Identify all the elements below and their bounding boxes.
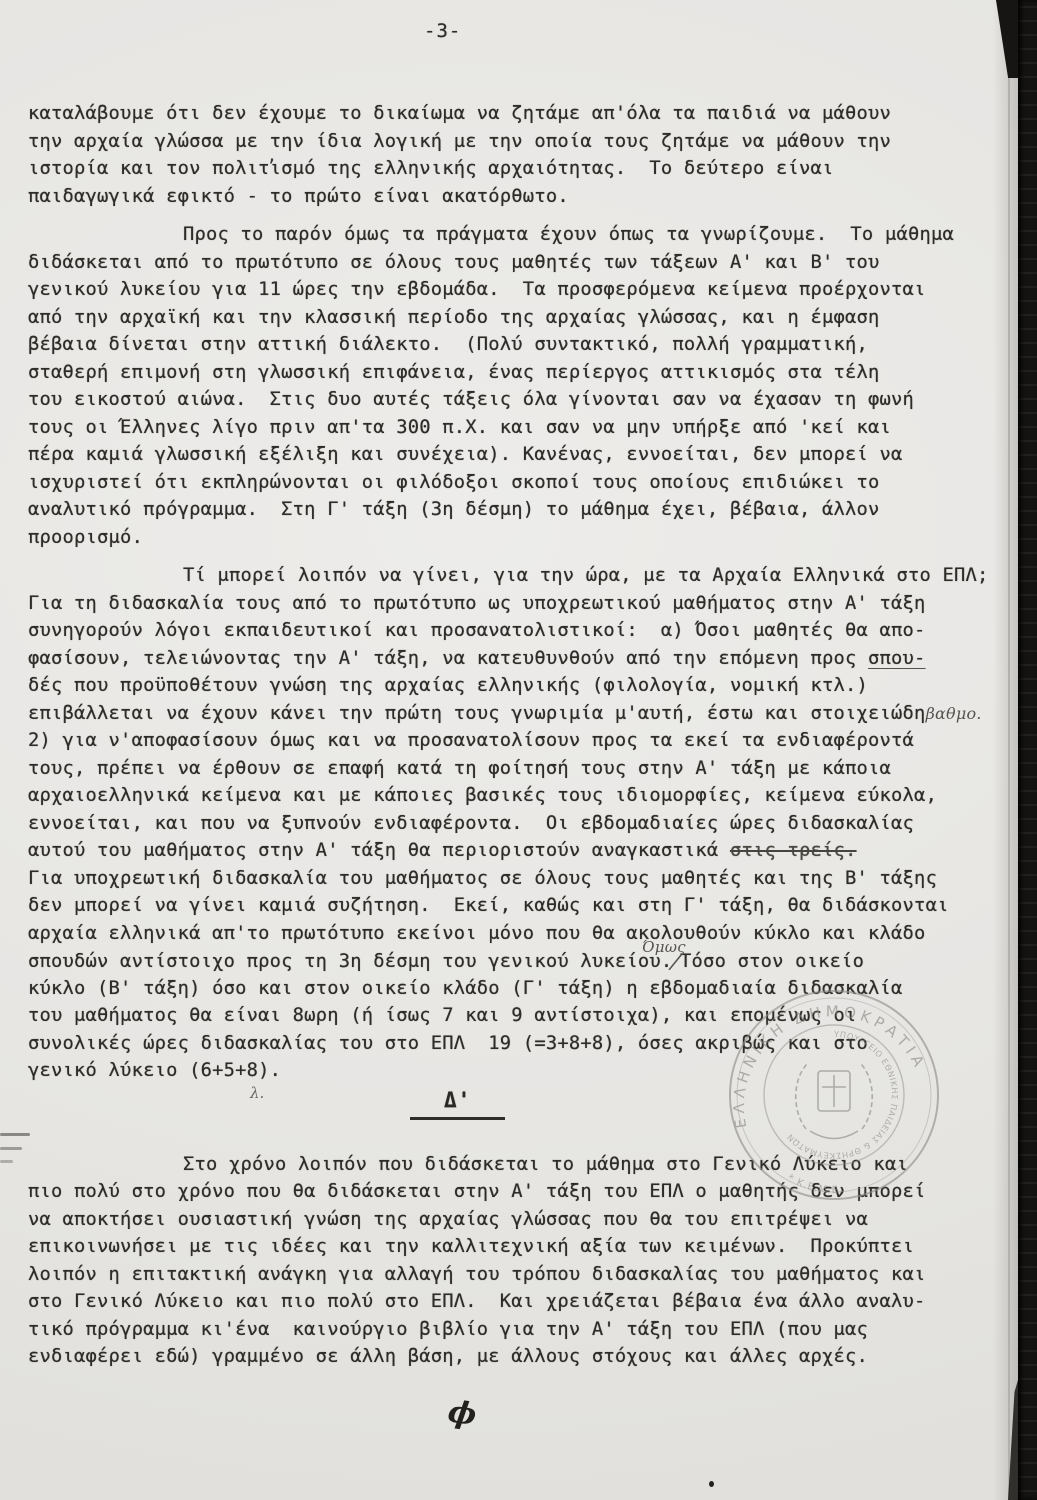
text-line: τους, πρέπει να έρθουν σε επαφή κατά τη … bbox=[28, 755, 988, 783]
ink-dot bbox=[709, 1481, 714, 1487]
text-segment: συνηγορούν λόγοι εκπαιδευτικοί και προσα… bbox=[28, 620, 926, 641]
handwritten-footer-mark: ϕ bbox=[446, 1394, 479, 1433]
page-number: -3- bbox=[424, 20, 461, 42]
strike-segment: στις τρείς. bbox=[730, 840, 857, 861]
paragraph: καταλάβουμε ότι δεν έχουμε το δικαίωμα ν… bbox=[28, 100, 988, 210]
text-segment: σπουδών αντίστοιχο προς τη 3η δέσμη του … bbox=[28, 951, 672, 972]
text-line: αναλυτικό πρόγραμμα. Στη Γ' τάξη (3η δέσ… bbox=[28, 496, 988, 524]
text-segment: Τί μπορεί λοιπόν να γίνει, για την ώρα, … bbox=[183, 565, 989, 586]
stray-ink-mark-lambda: λ. bbox=[250, 1084, 264, 1102]
text-line: του μαθήματος θα είναι 8ωρη (ή ίσως 7 κα… bbox=[28, 1002, 988, 1030]
book-binding-strip bbox=[1018, 0, 1037, 1500]
text-line: αρχαιοελληνικά κείμενα και με κάποιες βα… bbox=[28, 782, 988, 810]
text-line: επικοινωνήσει με τις ιδέες και την καλλι… bbox=[28, 1233, 988, 1261]
text-line: κύκλο (Β' τάξη) όσο και στον οικείο κλάδ… bbox=[28, 975, 988, 1003]
text-line: λοιπόν η επιτακτική ανάγκη για αλλαγή το… bbox=[28, 1261, 988, 1289]
text-line: να αποκτήσει ουσιαστική γνώση της αρχαία… bbox=[28, 1206, 988, 1234]
text-segment: εννοείται, και που να ξυπνούν ενδιαφέρον… bbox=[28, 813, 914, 834]
text-segment: αρχαιοελληνικά κείμενα και με κάποιες βα… bbox=[28, 785, 937, 806]
text-line: Για υποχρεωτική διδασκαλία του μαθήματος… bbox=[28, 865, 988, 893]
text-segment: του μαθήματος θα είναι 8ωρη (ή ίσως 7 κα… bbox=[28, 1005, 857, 1026]
text-line: παιδαγωγικά εφικτό - το πρώτο είναι ακατ… bbox=[28, 183, 988, 211]
text-segment: γενικού λυκείου για 11 ώρες την εβδομάδα… bbox=[28, 279, 926, 300]
text-segment: δές που προϋποθέτουν γνώση της αρχαίας ε… bbox=[28, 675, 868, 696]
text-segment: στο Γενικό Λύκειο και πιο πολύ στο ΕΠΛ. … bbox=[28, 1291, 926, 1312]
text-segment: διδάσκεται από το πρωτότυπο σε όλους του… bbox=[28, 252, 880, 273]
text-segment: ιστορία και τον πολιτισμό της ελληνικής … bbox=[28, 158, 834, 179]
text-line: Τί μπορεί λοιπόν να γίνει, για την ώρα, … bbox=[28, 562, 988, 590]
text-line: σταθερή επιμονή στη γλωσσική επιφάνεια, … bbox=[28, 359, 988, 387]
paragraph: Στο χρόνο λοιπόν που διδάσκεται το μάθημ… bbox=[28, 1151, 988, 1371]
text-line: καταλάβουμε ότι δεν έχουμε το δικαίωμα ν… bbox=[28, 100, 988, 128]
text-line: στο Γενικό Λύκειο και πιο πολύ στο ΕΠΛ. … bbox=[28, 1288, 988, 1316]
text-segment: Στο χρόνο λοιπόν που διδάσκεται το μάθημ… bbox=[183, 1154, 908, 1175]
text-segment: αυτού του μαθήματος στην Α' τάξη θα περι… bbox=[28, 840, 730, 861]
section-heading-label: Δ' bbox=[410, 1087, 505, 1121]
text-line: βέβαια δίνεται στην αττική διάλεκτο. (Πο… bbox=[28, 331, 988, 359]
text-segment: προορισμό. bbox=[28, 527, 143, 548]
text-line: σπουδών αντίστοιχο προς τη 3η δέσμη του … bbox=[28, 947, 988, 975]
text-line: ιστορία και τον πολιτισμό της ελληνικής … bbox=[28, 155, 988, 183]
text-segment: κύκλο (Β' τάξη) όσο και στον οικείο κλάδ… bbox=[28, 978, 903, 999]
text-line: τικό πρόγραμμα κι'ένα καινούργιο βιβλίο … bbox=[28, 1316, 988, 1344]
text-segment: 2) για ν'αποφασίσουν όμως και να προσανα… bbox=[28, 730, 914, 751]
text-line: εννοείται, και που να ξυπνούν ενδιαφέρον… bbox=[28, 810, 988, 838]
text-line: ενδιαφέρει εδώ) γραμμένο σε άλλη βάση, μ… bbox=[28, 1343, 988, 1371]
text-line: δεν μπορεί να γίνει καμιά συζήτηση. Εκεί… bbox=[28, 892, 988, 920]
text-line: 2) για ν'αποφασίσουν όμως και να προσανα… bbox=[28, 727, 988, 755]
text-line: επιβάλλεται να έχουν κάνει την πρώτη του… bbox=[28, 700, 988, 728]
text-segment: γενικό λύκειο (6+5+8). bbox=[28, 1060, 281, 1081]
text-segment: δεν μπορεί να γίνει καμιά συζήτηση. Εκεί… bbox=[28, 895, 949, 916]
text-segment: αρχαία ελληνικά απ'το πρωτότυπο εκείνοι … bbox=[28, 923, 926, 944]
text-segment: αναλυτικό πρόγραμμα. Στη Γ' τάξη (3η δέσ… bbox=[28, 499, 880, 520]
text-line: από την αρχαϊκή και την κλασσική περίοδο… bbox=[28, 304, 988, 332]
text-line: αυτού του μαθήματος στην Α' τάξη θα περι… bbox=[28, 837, 988, 865]
section-heading: Δ' bbox=[28, 1087, 988, 1119]
text-line: συνηγορούν λόγοι εκπαιδευτικοί και προσα… bbox=[28, 617, 988, 645]
text-line: Για τη διδασκαλία τους από το πρωτότυπο … bbox=[28, 590, 988, 618]
text-line: Στο χρόνο λοιπόν που διδάσκεται το μάθημ… bbox=[28, 1151, 988, 1179]
paragraph: Προς το παρόν όμως τα πράγματα έχουν όπω… bbox=[28, 221, 988, 551]
text-segment: Τόσο στον οικείο bbox=[680, 951, 864, 972]
hand-segment: βαθμο. bbox=[926, 704, 982, 723]
text-segment: επιβάλλεται να έχουν κάνει την πρώτη του… bbox=[28, 703, 926, 724]
text-line: τους οι Έλληνες λίγο πριν απ'τα 300 π.Χ.… bbox=[28, 414, 988, 442]
text-segment: να αποκτήσει ουσιαστική γνώση της αρχαία… bbox=[28, 1209, 868, 1230]
text-segment: πιο πολύ στο χρόνο που θα διδάσκεται στη… bbox=[28, 1181, 926, 1202]
text-line: φασίσουν, τελειώνοντας την Α' τάξη, να κ… bbox=[28, 645, 988, 673]
text-segment: πέρα καμιά γλωσσική εξέλιξη και συνέχεια… bbox=[28, 444, 903, 465]
text-segment: σταθερή επιμονή στη γλωσσική επιφάνεια, … bbox=[28, 362, 880, 383]
text-segment: ενδιαφέρει εδώ) γραμμένο σε άλλη βάση, μ… bbox=[28, 1346, 868, 1367]
text-line: γενικό λύκειο (6+5+8). bbox=[28, 1057, 988, 1085]
margin-dash bbox=[0, 1160, 13, 1163]
text-line: αρχαία ελληνικά απ'το πρωτότυπο εκείνοι … bbox=[28, 920, 988, 948]
text-line: Προς το παρόν όμως τα πράγματα έχουν όπω… bbox=[28, 221, 988, 249]
uline-segment: σπου- bbox=[868, 648, 926, 669]
text-line: πέρα καμιά γλωσσική εξέλιξη και συνέχεια… bbox=[28, 441, 988, 469]
text-segment: βέβαια δίνεται στην αττική διάλεκτο. (Πο… bbox=[28, 334, 868, 355]
margin-dash bbox=[0, 1133, 30, 1136]
text-line: προορισμό. bbox=[28, 524, 988, 552]
text-line: ισχυριστεί ότι εκπληρώνονται οι φιλόδοξο… bbox=[28, 469, 988, 497]
text-segment: λοιπόν η επιτακτική ανάγκη για αλλαγή το… bbox=[28, 1264, 926, 1285]
text-line: την αρχαία γλώσσα με την ίδια λογική με … bbox=[28, 128, 988, 156]
text-segment: του εικοστού αιώνα. Στις δυο αυτές τάξει… bbox=[28, 389, 914, 410]
text-segment: συνολικές ώρες διδασκαλίας του στο ΕΠΛ 1… bbox=[28, 1033, 868, 1054]
text-line: δές που προϋποθέτουν γνώση της αρχαίας ε… bbox=[28, 672, 988, 700]
text-segment: τους, πρέπει να έρθουν σε επαφή κατά τη … bbox=[28, 758, 891, 779]
page-edge-shadow bbox=[993, 0, 1019, 1500]
text-segment: από την αρχαϊκή και την κλασσική περίοδο… bbox=[28, 307, 880, 328]
text-segment: ισχυριστεί ότι εκπληρώνονται οι φιλόδοξο… bbox=[28, 472, 880, 493]
text-segment: τους οι Έλληνες λίγο πριν απ'τα 300 π.Χ.… bbox=[28, 417, 891, 438]
text-segment: Προς το παρόν όμως τα πράγματα έχουν όπω… bbox=[183, 224, 954, 245]
text-segment: Για υποχρεωτική διδασκαλία του μαθήματος… bbox=[28, 868, 937, 889]
text-segment: τικό πρόγραμμα κι'ένα καινούργιο βιβλίο … bbox=[28, 1319, 868, 1340]
margin-dash bbox=[0, 1147, 22, 1150]
scanned-page-sheet: -3- ’ καταλάβουμε ότι δεν έχουμε το δικα… bbox=[0, 0, 1037, 1500]
text-line: πιο πολύ στο χρόνο που θα διδάσκεται στη… bbox=[28, 1178, 988, 1206]
text-line: διδάσκεται από το πρωτότυπο σε όλους του… bbox=[28, 249, 988, 277]
text-line: γενικού λυκείου για 11 ώρες την εβδομάδα… bbox=[28, 276, 988, 304]
document-text: καταλάβουμε ότι δεν έχουμε το δικαίωμα ν… bbox=[28, 100, 988, 1371]
text-line: συνολικές ώρες διδασκαλίας του στο ΕΠΛ 1… bbox=[28, 1030, 988, 1058]
text-segment: καταλάβουμε ότι δεν έχουμε το δικαίωμα ν… bbox=[28, 103, 891, 124]
text-segment: επικοινωνήσει με τις ιδέες και την καλλι… bbox=[28, 1236, 914, 1257]
text-line: του εικοστού αιώνα. Στις δυο αυτές τάξει… bbox=[28, 386, 988, 414]
paragraph: Τί μπορεί λοιπόν να γίνει, για την ώρα, … bbox=[28, 562, 988, 1085]
text-segment: Για τη διδασκαλία τους από το πρωτότυπο … bbox=[28, 593, 926, 614]
text-segment: φασίσουν, τελειώνοντας την Α' τάξη, να κ… bbox=[28, 648, 868, 669]
text-segment: την αρχαία γλώσσα με την ίδια λογική με … bbox=[28, 131, 891, 152]
page-edge-line bbox=[1008, 0, 1010, 1500]
text-segment: παιδαγωγικά εφικτό - το πρώτο είναι ακατ… bbox=[28, 186, 569, 207]
